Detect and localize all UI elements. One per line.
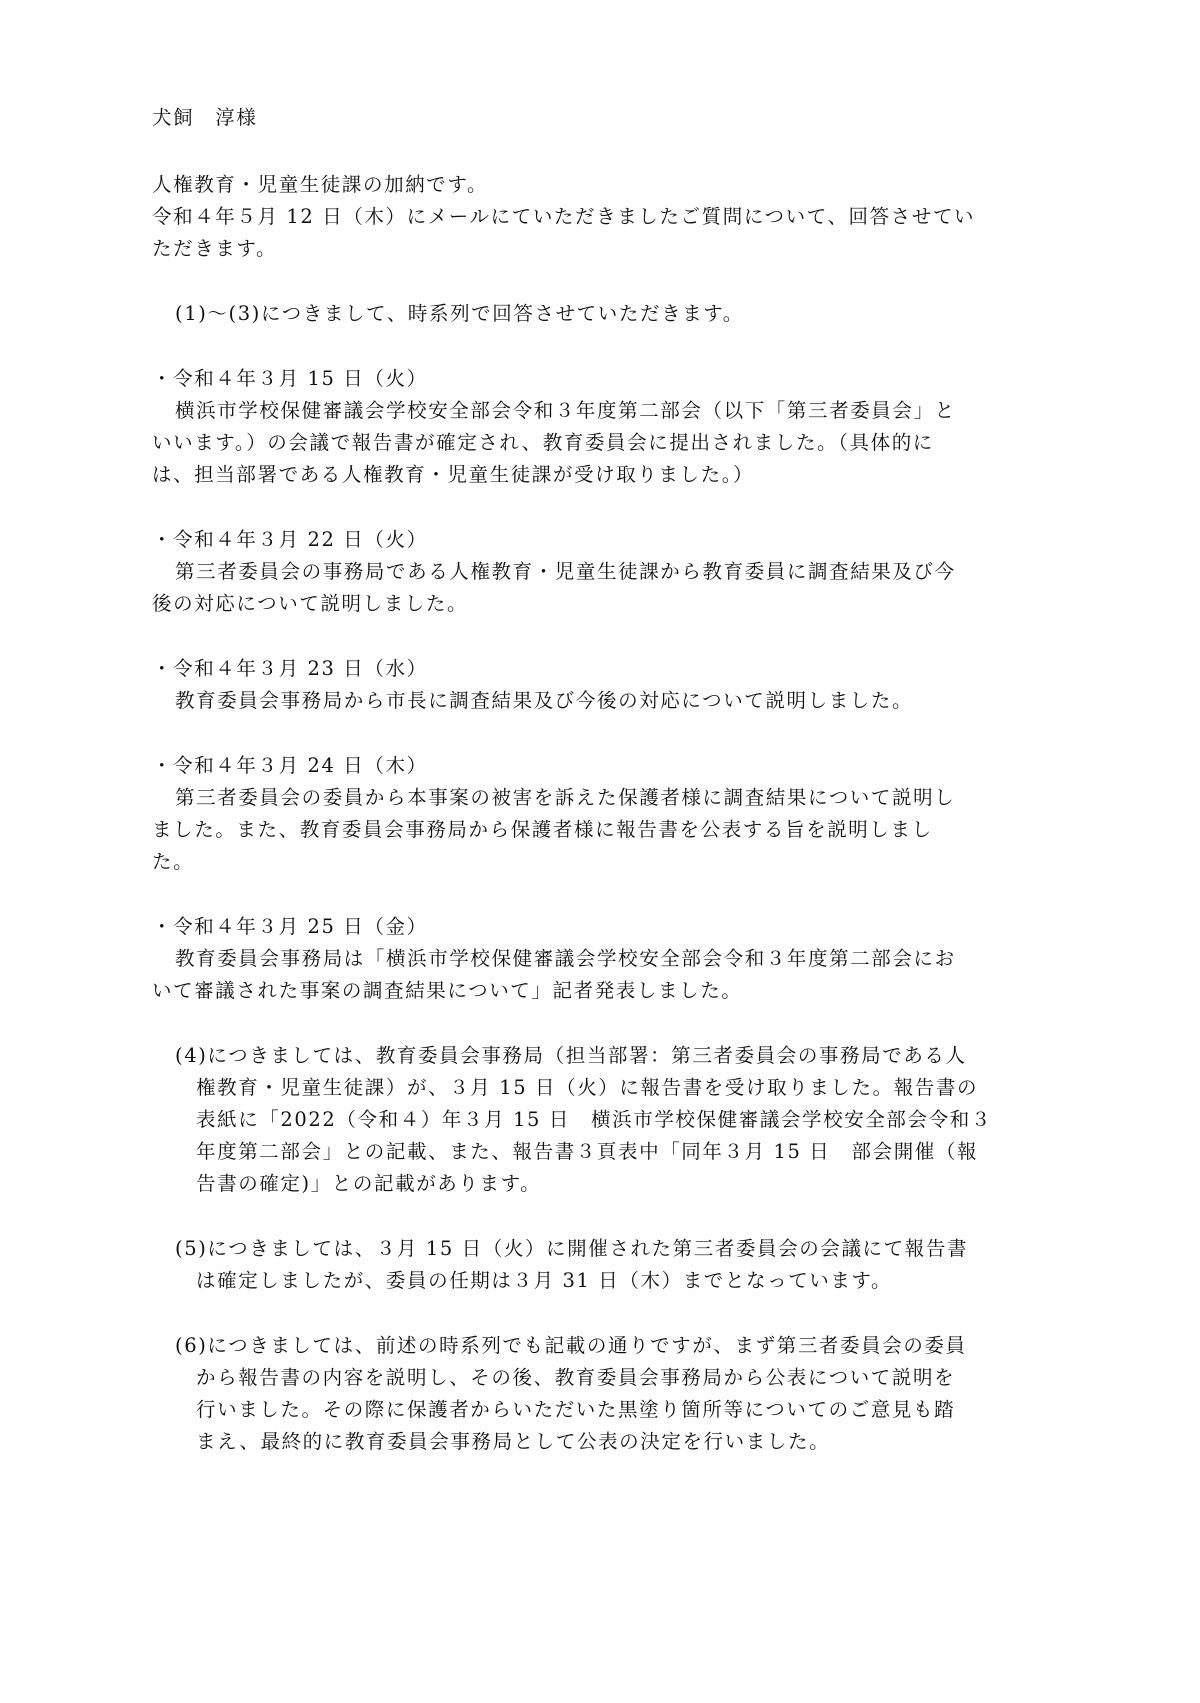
timeline-date: ・令和４年３月 25 日（金） [152, 915, 428, 939]
answer-line: につきましては、教育委員会事務局（担当部署：第三者委員会の事務局である人 [207, 1044, 966, 1067]
chronology-intro: (1)～(3)につきまして、時系列で回答させていただきます。 [175, 302, 744, 326]
answer-line: につきましては、３月 15 日（火）に開催された第三者委員会の会議にて報告書 [207, 1237, 968, 1260]
timeline-line: は、担当部署である人権教育・児童生徒課が受け取りました。） [152, 463, 754, 487]
answer-item: (5)につきましては、３月 15 日（火）に開催された第三者委員会の会議にて報告… [175, 1237, 968, 1261]
timeline-line: 第三者委員会の委員から本事案の被害を訴えた保護者様に調査結果について説明し [175, 786, 955, 810]
timeline-date: ・令和４年３月 15 日（火） [152, 367, 428, 391]
answer-line: につきましては、前述の時系列でも記載の通りですが、まず第三者委員会の委員 [207, 1334, 966, 1357]
answer-label: (6) [175, 1334, 207, 1357]
answer-line: から報告書の内容を説明し、その後、教育委員会事務局から公表について説明を [196, 1366, 955, 1390]
intro-line: 人権教育・児童生徒課の加納です。 [152, 173, 488, 197]
timeline-line: いいます。）の会議で報告書が確定され、教育委員会に提出されました。（具体的に [152, 431, 934, 455]
answer-line: は確定しましたが、委員の任期は３月 31 日（木）までとなっています。 [196, 1269, 892, 1293]
timeline-date: ・令和４年３月 22 日（火） [152, 528, 428, 552]
timeline-line: 第三者委員会の事務局である人権教育・児童生徒課から教育委員に調査結果及び今 [175, 560, 956, 584]
answer-line: 行いました。その際に保護者からいただいた黒塗り箇所等についてのご意見も踏 [196, 1398, 955, 1422]
timeline-line: 横浜市学校保健審議会学校安全部会令和３年度第二部会（以下「第三者委員会」と [175, 399, 956, 423]
answer-line: 表紙に「2022（令和４）年３月 15 日 横浜市学校保健審議会学校安全部会令和… [196, 1108, 992, 1132]
timeline-line: いて審議された事案の調査結果について」記者発表しました。 [152, 979, 742, 1003]
timeline-line: 後の対応について説明しました。 [152, 592, 468, 616]
salutation: 犬飼 淳様 [152, 106, 258, 130]
intro-line: ただきます。 [152, 237, 277, 261]
answer-item: (4)につきましては、教育委員会事務局（担当部署：第三者委員会の事務局である人 [175, 1044, 967, 1068]
answer-line: まえ、最終的に教育委員会事務局として公表の決定を行いました。 [196, 1430, 830, 1454]
timeline-date: ・令和４年３月 23 日（水） [152, 657, 428, 681]
document-page: 犬飼 淳様 人権教育・児童生徒課の加納です。 令和４年５月 12 日（木）にメー… [0, 0, 1200, 1703]
answer-line: 告書の確定)」との記載があります。 [196, 1172, 541, 1196]
timeline-line: 教育委員会事務局は「横浜市学校保健審議会学校安全部会令和３年度第二部会にお [175, 947, 956, 971]
answer-label: (4) [175, 1044, 207, 1067]
answer-item: (6)につきましては、前述の時系列でも記載の通りですが、まず第三者委員会の委員 [175, 1334, 967, 1358]
timeline-line: 教育委員会事務局から市長に調査結果及び今後の対応について説明しました。 [175, 689, 913, 713]
answer-label: (5) [175, 1237, 207, 1260]
timeline-line: ました。また、教育委員会事務局から保護者様に報告書を公表する旨を説明しまし [152, 818, 933, 842]
answer-line: 権教育・児童生徒課）が、３月 15 日（火）に報告書を受け取りました。報告書の [196, 1076, 978, 1100]
timeline-line: た。 [152, 850, 194, 874]
answer-line: 年度第二部会」との記載、また、報告書３頁表中「同年３月 15 日 部会開催（報 [196, 1140, 978, 1164]
intro-line: 令和４年５月 12 日（木）にメールにていただきましたご質問について、回答させて… [152, 205, 975, 229]
timeline-date: ・令和４年３月 24 日（木） [152, 754, 428, 778]
